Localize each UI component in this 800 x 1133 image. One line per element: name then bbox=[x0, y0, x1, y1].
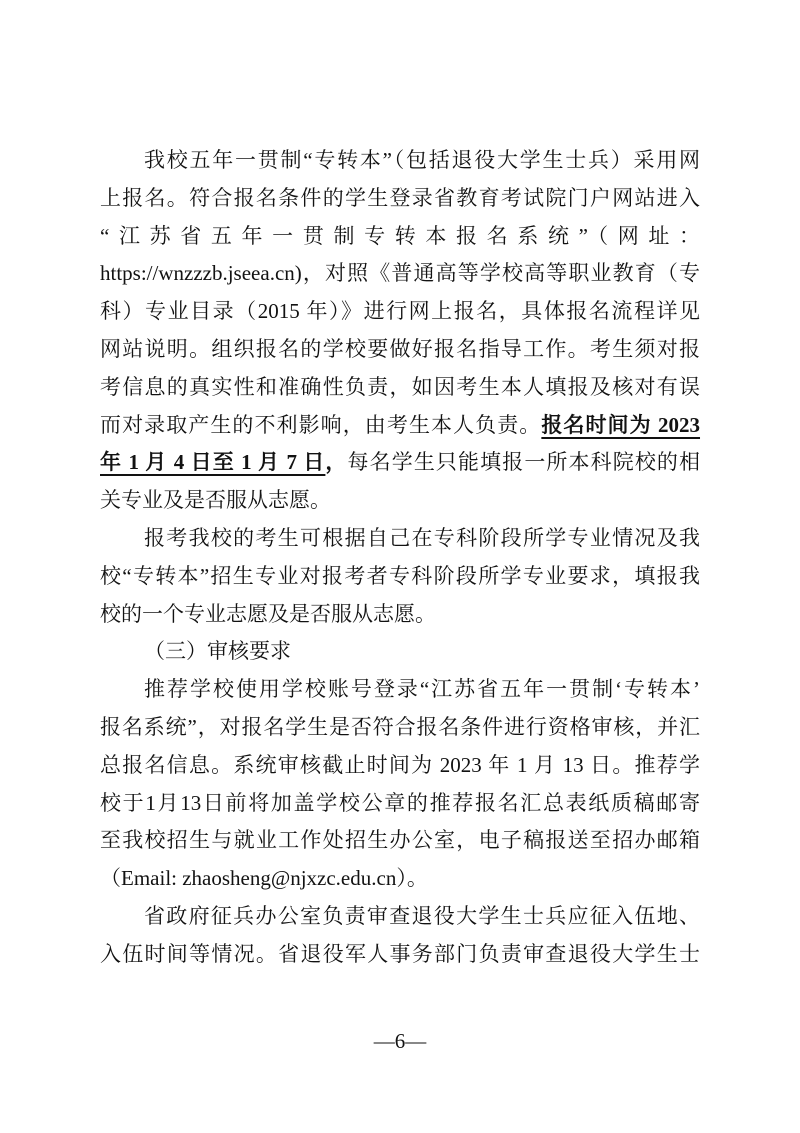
text-segment: 我校五年一贯制“专转本”（包括退役大学生士兵）采用网 bbox=[144, 148, 700, 172]
text-line: 上报名。符合报名条件的学生登录省教育考试院门户网站进入 bbox=[100, 180, 700, 218]
text-line: （三）审核要求 bbox=[100, 633, 700, 671]
text-segment: 报名系统”，对报名学生是否符合报名条件进行资格审核，并汇 bbox=[100, 715, 700, 739]
text-segment: 报考我校的考生可根据自己在专科阶段所学专业情况及我 bbox=[144, 526, 700, 550]
text-line: 报名系统”，对报名学生是否符合报名条件进行资格审核，并汇 bbox=[100, 709, 700, 747]
text-line: 至我校招生与就业工作处招生办公室，电子稿报送至招办邮箱 bbox=[100, 822, 700, 860]
text-segment: 每名学生只能填报一所本科院校的相 bbox=[348, 450, 701, 474]
text-segment: 考信息的真实性和准确性负责，如因考生本人填报及核对有误 bbox=[100, 375, 700, 399]
text-line: 年 1 月 4 日至 1 月 7 日，每名学生只能填报一所本科院校的相 bbox=[100, 444, 700, 482]
text-segment: 省政府征兵办公室负责审查退役大学生士兵应征入伍地、 bbox=[144, 904, 700, 928]
text-line: 科）专业目录（2015 年）》进行网上报名，具体报名流程详见 bbox=[100, 293, 700, 331]
text-line: https://wnzzzb.jseea.cn)，对照《普通高等学校高等职业教育… bbox=[100, 255, 700, 293]
text-segment: 报名时间为 2023 bbox=[541, 413, 700, 437]
document-page: 我校五年一贯制“专转本”（包括退役大学生士兵）采用网上报名。符合报名条件的学生登… bbox=[0, 0, 800, 1133]
text-line: 推荐学校使用学校账号登录“江苏省五年一贯制‘专转本’ bbox=[100, 671, 700, 709]
text-segment: https://wnzzzb.jseea.cn)，对照《普通高等学校高等职业教育… bbox=[100, 261, 700, 285]
text-segment: 年 1 月 4 日至 1 月 7 日 bbox=[100, 450, 325, 474]
text-line: 网站说明。组织报名的学校要做好报名指导工作。考生须对报 bbox=[100, 331, 700, 369]
text-line: 而对录取产生的不利影响，由考生本人负责。报名时间为 2023 bbox=[100, 407, 700, 445]
text-line: 考信息的真实性和准确性负责，如因考生本人填报及核对有误 bbox=[100, 369, 700, 407]
text-segment: 校“专转本”招生专业对报考者专科阶段所学专业要求，填报我 bbox=[100, 564, 700, 588]
text-segment: ， bbox=[325, 450, 347, 474]
text-line: 总报名信息。系统审核截止时间为 2023 年 1 月 13 日。推荐学 bbox=[100, 747, 700, 785]
text-line: 省政府征兵办公室负责审查退役大学生士兵应征入伍地、 bbox=[100, 898, 700, 936]
text-segment: 科）专业目录（2015 年）》进行网上报名，具体报名流程详见 bbox=[100, 299, 700, 323]
text-segment: 网站说明。组织报名的学校要做好报名指导工作。考生须对报 bbox=[100, 337, 700, 361]
text-line: 我校五年一贯制“专转本”（包括退役大学生士兵）采用网 bbox=[100, 142, 700, 180]
page-number: —6— bbox=[0, 1026, 800, 1056]
text-segment: 至我校招生与就业工作处招生办公室，电子稿报送至招办邮箱 bbox=[100, 828, 700, 852]
text-line: 关专业及是否服从志愿。 bbox=[100, 482, 700, 520]
text-line: 校的一个专业志愿及是否服从志愿。 bbox=[100, 596, 700, 634]
text-line: “江苏省五年一贯制专转本报名系统”（网址： bbox=[100, 218, 700, 256]
text-line: 校于1月13日前将加盖学校公章的推荐报名汇总表纸质稿邮寄 bbox=[100, 785, 700, 823]
text-segment: “江苏省五年一贯制专转本报名系统”（网址： bbox=[100, 224, 700, 248]
text-segment: 上报名。符合报名条件的学生登录省教育考试院门户网站进入 bbox=[100, 186, 700, 210]
text-segment: 总报名信息。系统审核截止时间为 2023 年 1 月 13 日。推荐学 bbox=[100, 753, 700, 777]
text-line: 校“专转本”招生专业对报考者专科阶段所学专业要求，填报我 bbox=[100, 558, 700, 596]
text-segment: 校的一个专业志愿及是否服从志愿。 bbox=[100, 602, 436, 626]
text-segment: 入伍时间等情况。省退役军人事务部门负责审查退役大学生士 bbox=[100, 942, 700, 966]
text-line: 报考我校的考生可根据自己在专科阶段所学专业情况及我 bbox=[100, 520, 700, 558]
document-body: 我校五年一贯制“专转本”（包括退役大学生士兵）采用网上报名。符合报名条件的学生登… bbox=[100, 142, 700, 974]
text-segment: 推荐学校使用学校账号登录“江苏省五年一贯制‘专转本’ bbox=[144, 677, 700, 701]
text-segment: （Email: zhaosheng@njxzc.edu.cn）。 bbox=[100, 866, 428, 890]
text-segment: 而对录取产生的不利影响，由考生本人负责。 bbox=[100, 413, 541, 437]
text-segment: 关专业及是否服从志愿。 bbox=[100, 488, 331, 512]
text-line: 入伍时间等情况。省退役军人事务部门负责审查退役大学生士 bbox=[100, 936, 700, 974]
text-segment: （三）审核要求 bbox=[144, 639, 291, 663]
text-line: （Email: zhaosheng@njxzc.edu.cn）。 bbox=[100, 860, 700, 898]
text-segment: 校于1月13日前将加盖学校公章的推荐报名汇总表纸质稿邮寄 bbox=[100, 791, 700, 815]
